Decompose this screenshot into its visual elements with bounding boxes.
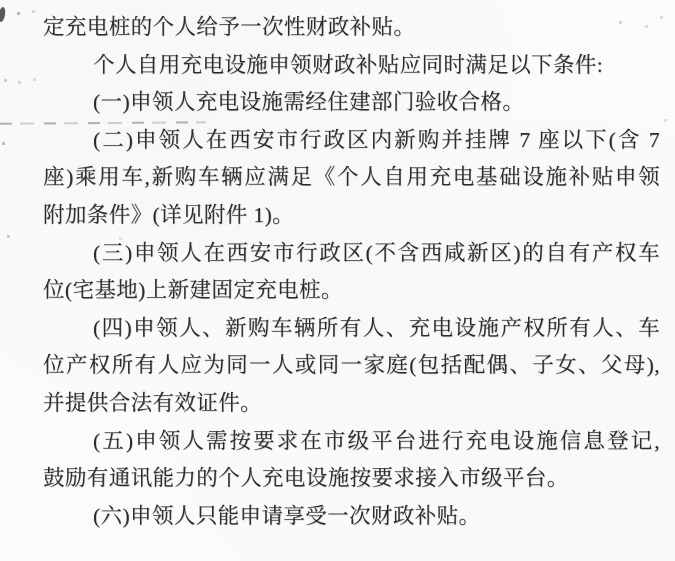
text-line: 附加条件》(详见附件 1)。 [43, 197, 660, 235]
text-line: 座)乘用车,新购车辆应满足《个人自用充电基础设施补贴申领 [43, 159, 660, 197]
text-line: 并提供合法有效证件。 [43, 385, 660, 423]
text-line: 鼓励有通讯能力的个人充电设施按要求接入市级平台。 [43, 460, 660, 498]
document-lines: 定充电桩的个人给予一次性财政补贴。个人自用充电设施申领财政补贴应同时满足以下条件… [43, 9, 660, 535]
text-line: (三)申领人在西安市行政区(不含西咸新区)的自有产权车 [43, 235, 660, 273]
text-line: (四)申领人、新购车辆所有人、充电设施产权所有人、车 [43, 310, 660, 348]
text-line: 个人自用充电设施申领财政补贴应同时满足以下条件: [43, 47, 660, 85]
scan-smudge-top-left [0, 7, 6, 23]
scanned-document-page: 定充电桩的个人给予一次性财政补贴。个人自用充电设施申领财政补贴应同时满足以下条件… [0, 0, 675, 561]
text-line: (一)申领人充电设施需经住建部门验收合格。 [43, 84, 660, 122]
text-line: (二)申领人在西安市行政区内新购并挂牌 7 座以下(含 7 [43, 122, 660, 160]
text-line: 定充电桩的个人给予一次性财政补贴。 [43, 9, 660, 47]
text-line: (六)申领人只能申请享受一次财政补贴。 [43, 498, 660, 536]
text-line: 位产权所有人应为同一人或同一家庭(包括配偶、子女、父母), [43, 347, 660, 385]
scan-speckles [0, 0, 1, 1]
text-line: (五)申领人需按要求在市级平台进行充电设施信息登记, [43, 423, 660, 461]
text-line: 位(宅基地)上新建固定充电桩。 [43, 272, 660, 310]
